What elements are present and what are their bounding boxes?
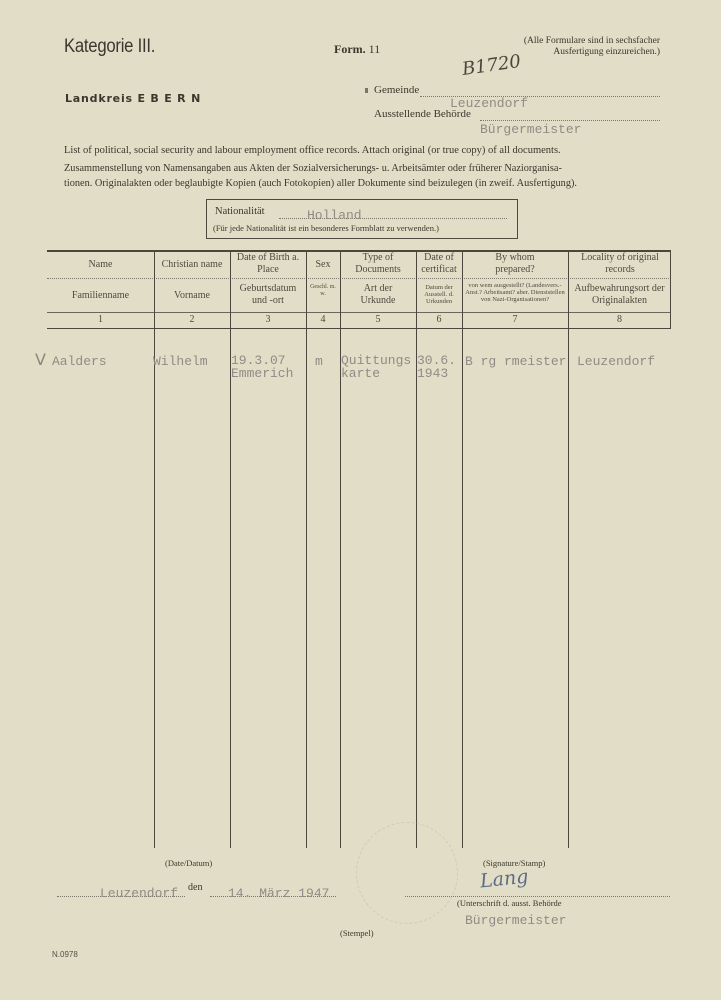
archive-code: N.0978: [52, 950, 78, 959]
col3-header-de: Geburtsdatum und -ort: [232, 283, 304, 307]
column-divider: [416, 250, 417, 848]
signature-sub-label: (Unterschrift d. ausst. Behörde: [457, 898, 562, 908]
column-divider: [154, 250, 155, 848]
col1-number: 1: [47, 314, 154, 326]
surname-cell: Aalders: [52, 354, 107, 369]
den-label: den: [188, 882, 202, 893]
doc-type-line2: karte: [341, 367, 411, 380]
form-label: Form.: [334, 42, 366, 56]
form-number-value: 11: [369, 42, 381, 56]
col7-number: 7: [462, 314, 568, 326]
document-page: Kategorie III. Form. 11 (Alle Formulare …: [0, 0, 721, 1000]
col7-header-de: von wem ausgestellt? (Landesvers.-Anst.?…: [464, 282, 566, 303]
nationality-note: (Für jede Nationalität ist ein besondere…: [213, 223, 439, 233]
column-divider: [462, 250, 463, 848]
category-title: Kategorie III.: [64, 36, 155, 58]
header-number-divider: [47, 312, 671, 313]
doc-type-cell: Quittungs karte: [341, 354, 411, 380]
official-stamp: [356, 822, 458, 924]
records-table: Name Familienname 1 Christian name Vorna…: [47, 250, 671, 848]
issuing-authority-line: [480, 120, 660, 121]
sex-cell: m: [315, 354, 323, 369]
instructions-english: List of political, social security and l…: [64, 143, 664, 158]
date-value: 14. März 1947: [228, 886, 329, 901]
col2-header-en: Christian name: [154, 259, 230, 271]
instructions-german-1: Zusammenstellung von Namensangaben aus A…: [64, 161, 664, 176]
col6-header-de: Datum der Ausstell. d. Urkunden: [418, 284, 460, 305]
authority-value: Bürgermeister: [465, 913, 566, 928]
col4-header-de: Geschl. m. w.: [309, 284, 337, 297]
col1-header-en: Name: [47, 259, 154, 271]
col3-header-en: Date of Birth a. Place: [232, 252, 304, 276]
nationality-label: Nationalität: [215, 206, 265, 217]
locality-cell: Leuzendorf: [577, 354, 655, 369]
instructions-german-2: tionen. Originalakten oder beglaubigte K…: [64, 176, 664, 191]
col2-number: 2: [154, 314, 230, 326]
col5-number: 5: [340, 314, 416, 326]
col6-header-en: Date of certificat: [416, 252, 462, 276]
birth-cell: 19.3.07 Emmerich: [231, 354, 293, 380]
place-value: Leuzendorf: [100, 886, 178, 901]
col5-header-de: Art der Urkunde: [352, 283, 404, 307]
col5-header-en: Type of Documents: [346, 252, 410, 276]
stamp-label: (Stempel): [340, 928, 374, 938]
col8-number: 8: [568, 314, 671, 326]
copies-note-line1: (Alle Formulare sind in sechsfacher: [480, 36, 660, 47]
signature: Lang: [479, 866, 529, 893]
col4-header-en: Sex: [306, 259, 340, 271]
cert-date-cell: 30.6. 1943: [417, 354, 456, 380]
col3-number: 3: [230, 314, 306, 326]
col8-header-de: Aufbewahrungsort der Originalakten: [568, 283, 671, 307]
column-divider: [568, 250, 569, 848]
col8-header-en: Locality of original records: [577, 252, 663, 276]
header-divider: [47, 278, 671, 279]
issuing-authority-label: Ausstellende Behörde: [374, 108, 471, 120]
birth-place: Emmerich: [231, 367, 293, 380]
issuing-authority-value: Bürgermeister: [480, 122, 581, 137]
nationality-value: Holland: [307, 208, 362, 223]
municipality-label: Gemeinde: [374, 84, 419, 96]
header-bottom-rule: [47, 328, 671, 329]
prepared-by-cell: B rg rmeister: [465, 354, 566, 369]
first-name-cell: Wilhelm: [153, 354, 208, 369]
col7-header-en: By whom prepared?: [477, 252, 553, 276]
column-divider: [230, 250, 231, 848]
form-number: Form. 11: [334, 42, 380, 57]
column-divider: [340, 250, 341, 848]
column-divider: [306, 250, 307, 848]
col2-header-de: Vorname: [154, 290, 230, 302]
handwritten-reference: B1720: [461, 51, 522, 80]
district-label: Landkreis E B E R N: [65, 92, 201, 105]
signature-line: [405, 896, 670, 897]
cert-date-line2: 1943: [417, 367, 456, 380]
col1-header-de: Familienname: [47, 290, 154, 302]
bullet-mark: [365, 88, 368, 93]
check-mark: V: [35, 350, 46, 369]
col4-number: 4: [306, 314, 340, 326]
date-label: (Date/Datum): [165, 858, 212, 868]
nationality-box: Nationalität Holland (Für jede Nationali…: [206, 199, 518, 239]
col6-number: 6: [416, 314, 462, 326]
